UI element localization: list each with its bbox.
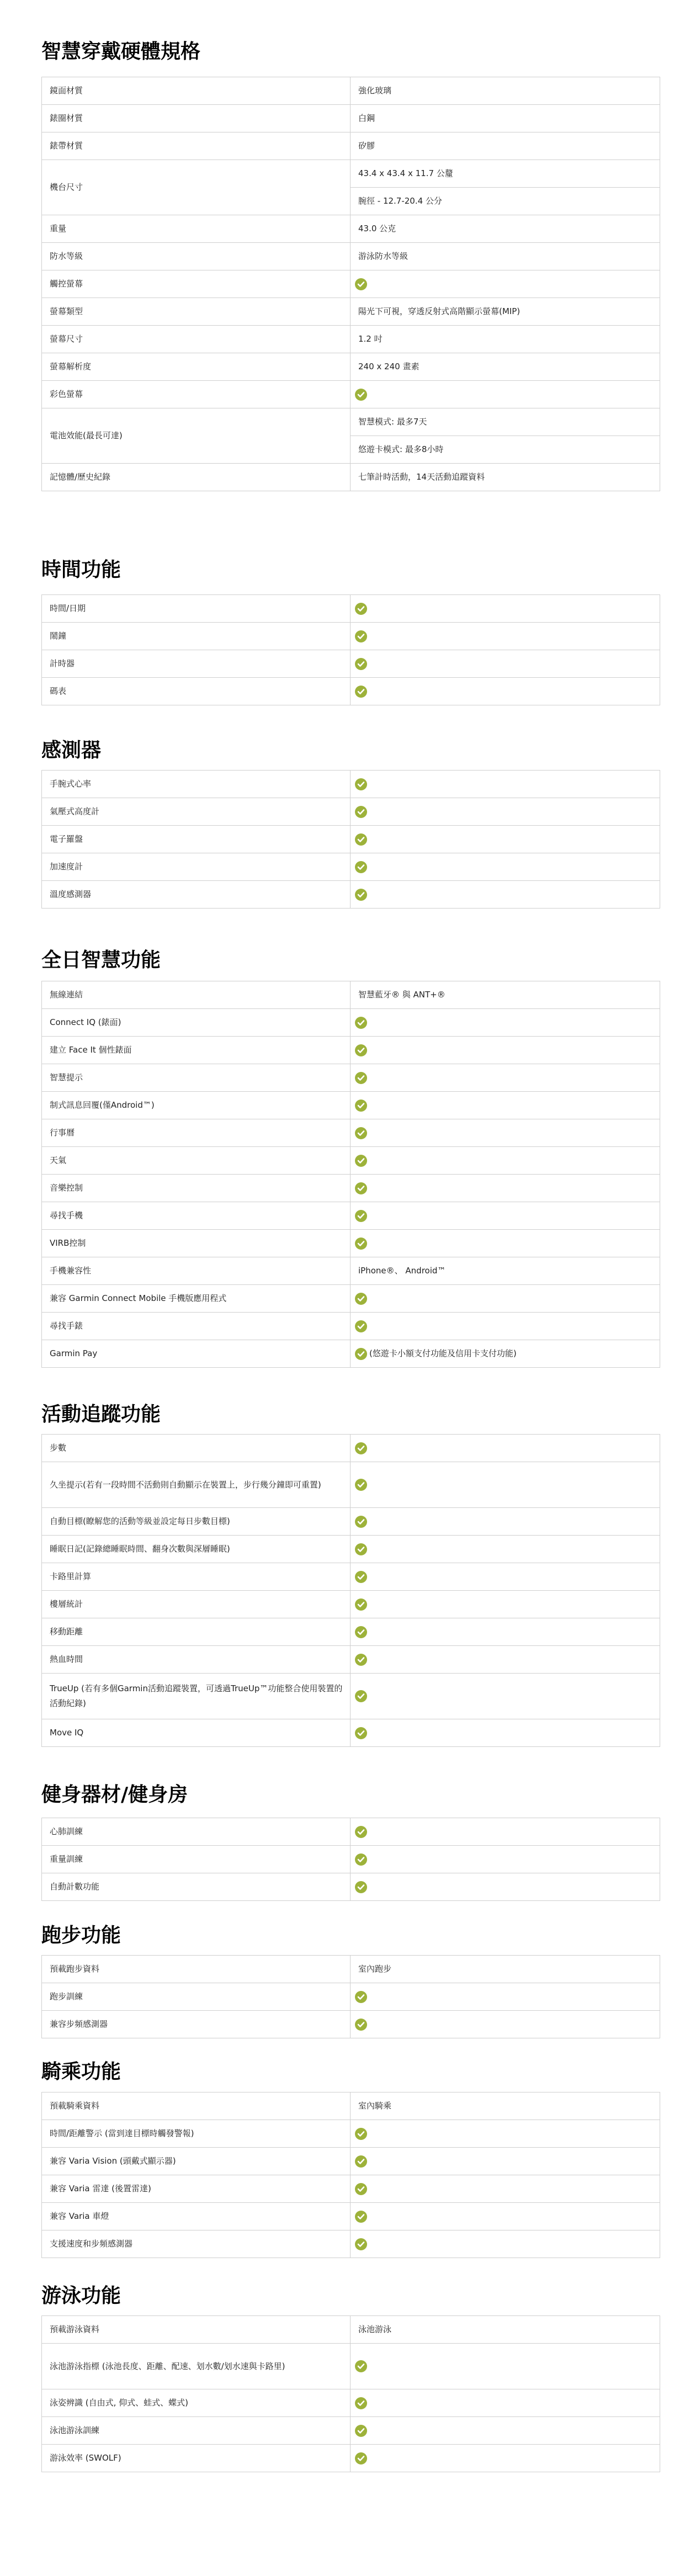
row-label: 無線連結 [42,981,351,1009]
row-label: VIRB控制 [42,1230,351,1257]
row-value: 室內騎乘 [351,2092,660,2120]
row-label: 預載跑步資料 [42,1956,351,1983]
row-value [351,2203,660,2230]
table-row: 制式訊息回覆(僅Android™) [42,1092,660,1119]
row-label: 兼容步頻感測器 [42,2011,351,2038]
table-row: 自動計數功能 [42,1873,660,1901]
row-label: 泳池游泳指標 (泳池長度、距離、配速、划水數/划水速與卡路里) [42,2344,351,2389]
row-value [351,1646,660,1674]
row-label: 自動計數功能 [42,1873,351,1901]
row-value: 強化玻璃 [351,77,660,105]
row-label: 觸控螢幕 [42,270,351,298]
row-value [351,1591,660,1618]
table-row: 手機兼容性iPhone®、 Android™ [42,1257,660,1285]
row-value [351,798,660,826]
row-label: 碼表 [42,678,351,705]
check-icon [355,2360,367,2372]
table-row: 天氣 [42,1147,660,1175]
check-icon [355,1100,367,1112]
table-row: Move IQ [42,1719,660,1747]
check-icon [355,2183,367,2195]
row-value: 陽光下可視，穿透反射式高階顯示螢幕(MIP) [351,298,660,326]
spec-table: 時間/日期 鬧鐘 計時器 碼表 [41,594,660,705]
row-label: 兼容 Varia 雷達 (後置雷達) [42,2175,351,2203]
row-value [351,650,660,678]
row-label: 螢幕尺寸 [42,326,351,353]
table-row: 錶帶材質 矽膠 [42,132,660,160]
check-icon [355,889,367,901]
row-value: 智慧模式: 最多7天 [351,408,660,436]
check-icon [355,1571,367,1583]
check-icon [355,2238,367,2250]
row-value [351,826,660,853]
check-icon [355,1516,367,1528]
row-label: 機台尺寸 [42,160,351,215]
row-label: 泳池游泳訓練 [42,2417,351,2445]
section-sensors: 感測器 手腕式心率 氣壓式高度計 電子羅盤 加速度計 溫度感測器 [41,739,660,763]
row-value [351,1285,660,1313]
row-value [351,1674,660,1719]
table-row: 游泳效率 (SWOLF) [42,2445,660,2472]
row-value [351,1313,660,1340]
row-label: 鬧鐘 [42,623,351,650]
check-icon [355,1348,367,1360]
check-icon [355,1017,367,1029]
spec-table: 預載跑步資料室內跑步 跑步訓練 兼容步頻感測器 [41,1955,660,2038]
row-label: 兼容 Varia 車燈 [42,2203,351,2230]
check-icon [355,833,367,846]
row-value [351,1462,660,1508]
garmin-pay-note: (悠遊卡小額支付功能及信用卡支付功能) [369,1348,517,1358]
row-value: 矽膠 [351,132,660,160]
table-row: 錶圈材質 白鋼 [42,105,660,132]
row-value [351,2120,660,2148]
section-title: 全日智慧功能 [41,948,660,973]
table-row: 防水等級 游泳防水等級 [42,243,660,270]
row-label: 移動距離 [42,1618,351,1646]
section-title: 時間功能 [41,558,660,582]
row-label: 預載游泳資料 [42,2316,351,2344]
section-title: 活動追蹤功能 [41,1403,660,1427]
check-icon [355,1320,367,1332]
table-row: 記憶體/歷史紀錄 七筆計時活動，14天活動追蹤資料 [42,464,660,491]
table-row: 卡路里計算 [42,1563,660,1591]
check-icon [355,1479,367,1491]
check-icon [355,806,367,818]
check-icon [355,1237,367,1250]
row-value [351,270,660,298]
table-row: 兼容步頻感測器 [42,2011,660,2038]
row-value: 白鋼 [351,105,660,132]
table-row: 電池效能(最長可達) 智慧模式: 最多7天 [42,408,660,436]
check-icon [355,1182,367,1194]
row-label: Move IQ [42,1719,351,1747]
spec-table: 預載騎乘資料室內騎乘 時間/距離警示 (當到達目標時觸發警報) 兼容 Varia… [41,2092,660,2258]
row-value [351,1873,660,1901]
row-value [351,1147,660,1175]
check-icon [355,1543,367,1555]
spec-table: 步數 久坐提示(若有一段時間不活動則自動顯示在裝置上，步行幾分鐘即可重置) 自動… [41,1434,660,1747]
row-value [351,2445,660,2472]
table-row: 氣壓式高度計 [42,798,660,826]
table-row: 螢幕尺寸 1.2 吋 [42,326,660,353]
row-value: 智慧藍牙® 與 ANT+® [351,981,660,1009]
table-row: 久坐提示(若有一段時間不活動則自動顯示在裝置上，步行幾分鐘即可重置) [42,1462,660,1508]
row-value [351,1618,660,1646]
row-label: Garmin Pay [42,1340,351,1368]
check-icon [355,1072,367,1084]
table-row: 尋找手錶 [42,1313,660,1340]
row-value [351,2148,660,2175]
row-value [351,1536,660,1563]
table-row: 時間/日期 [42,595,660,623]
row-value [351,1009,660,1037]
spec-table: 心肺訓練 重量訓練 自動計數功能 [41,1818,660,1901]
spec-table: 預載游泳資料泳池游泳 泳池游泳指標 (泳池長度、距離、配速、划水數/划水速與卡路… [41,2315,660,2472]
check-icon [355,278,367,290]
row-label: 螢幕解析度 [42,353,351,381]
row-label: 樓層統計 [42,1591,351,1618]
row-value: 游泳防水等級 [351,243,660,270]
table-row: 跑步訓練 [42,1983,660,2011]
row-label: 氣壓式高度計 [42,798,351,826]
check-icon [355,2425,367,2437]
row-label: 卡路里計算 [42,1563,351,1591]
row-label: 熱血時間 [42,1646,351,1674]
table-row: VIRB控制 [42,1230,660,1257]
row-label: 音樂控制 [42,1175,351,1202]
row-value: iPhone®、 Android™ [351,1257,660,1285]
spec-table: 鏡面材質 強化玻璃 錶圈材質 白鋼 錶帶材質 矽膠 機台尺寸 43.4 x 43… [41,77,660,491]
row-value: (悠遊卡小額支付功能及信用卡支付功能) [351,1340,660,1368]
row-label: 手腕式心率 [42,771,351,798]
check-icon [355,1127,367,1139]
table-row: 樓層統計 [42,1591,660,1618]
check-icon [355,1044,367,1056]
row-label: 尋找手錶 [42,1313,351,1340]
row-value: 43.0 公克 [351,215,660,243]
row-value [351,881,660,909]
check-icon [355,2155,367,2168]
row-label: 兼容 Varia Vision (頭戴式顯示器) [42,2148,351,2175]
row-label: 計時器 [42,650,351,678]
row-value [351,771,660,798]
row-value [351,1037,660,1064]
row-label: 兼容 Garmin Connect Mobile 手機版應用程式 [42,1285,351,1313]
row-label: 泳姿辨識 (自由式, 仰式、蛙式、蝶式) [42,2389,351,2417]
check-icon [355,1826,367,1838]
section-cycling: 騎乘功能 預載騎乘資料室內騎乘 時間/距離警示 (當到達目標時觸發警報) 兼容 … [41,2060,660,2084]
row-value: 七筆計時活動，14天活動追蹤資料 [351,464,660,491]
row-value [351,2175,660,2203]
row-label: 支援速度和步頻感測器 [42,2230,351,2258]
table-row: 步數 [42,1435,660,1462]
row-value [351,1175,660,1202]
row-value [351,853,660,881]
check-icon [355,1727,367,1739]
row-value: 泳池游泳 [351,2316,660,2344]
section-title: 游泳功能 [41,2284,660,2308]
table-row: 心肺訓練 [42,1818,660,1846]
row-label: 重量 [42,215,351,243]
row-value [351,1230,660,1257]
table-row: 觸控螢幕 [42,270,660,298]
row-value [351,1064,660,1092]
row-value [351,2344,660,2389]
check-icon [355,2019,367,2031]
row-label: 記憶體/歷史紀錄 [42,464,351,491]
section-title: 跑步功能 [41,1924,660,1948]
row-value [351,1435,660,1462]
table-row: 尋找手機 [42,1202,660,1230]
row-value [351,1092,660,1119]
row-label: 手機兼容性 [42,1257,351,1285]
section-gym: 健身器材/健身房 心肺訓練 重量訓練 自動計數功能 [41,1783,660,1807]
check-icon [355,686,367,698]
row-value [351,1202,660,1230]
table-row: 彩色螢幕 [42,381,660,408]
row-label: 錶圈材質 [42,105,351,132]
row-value [351,595,660,623]
table-row: 泳姿辨識 (自由式, 仰式、蛙式、蝶式) [42,2389,660,2417]
check-icon [355,1654,367,1666]
check-icon [355,2211,367,2223]
row-label: 制式訊息回覆(僅Android™) [42,1092,351,1119]
row-value [351,1846,660,1873]
row-label: 行事曆 [42,1119,351,1147]
table-row: Garmin Pay(悠遊卡小額支付功能及信用卡支付功能) [42,1340,660,1368]
row-value [351,1119,660,1147]
table-row: 建立 Face It 個性錶面 [42,1037,660,1064]
row-label: 錶帶材質 [42,132,351,160]
spec-table: 手腕式心率 氣壓式高度計 電子羅盤 加速度計 溫度感測器 [41,770,660,909]
table-row: Connect IQ (錶面) [42,1009,660,1037]
table-row: 智慧提示 [42,1064,660,1092]
check-icon [355,2397,367,2409]
row-label: 尋找手機 [42,1202,351,1230]
row-value [351,1818,660,1846]
check-icon [355,2128,367,2140]
check-icon [355,603,367,615]
section-title: 感測器 [41,739,660,763]
row-label: 重量訓練 [42,1846,351,1873]
row-value: 240 x 240 畫素 [351,353,660,381]
table-row: 兼容 Varia Vision (頭戴式顯示器) [42,2148,660,2175]
table-row: 計時器 [42,650,660,678]
row-value [351,2011,660,2038]
row-value: 腕徑 - 12.7-20.4 公分 [351,188,660,215]
row-label: 智慧提示 [42,1064,351,1092]
table-row: 預載騎乘資料室內騎乘 [42,2092,660,2120]
section-activity-tracking: 活動追蹤功能 步數 久坐提示(若有一段時間不活動則自動顯示在裝置上，步行幾分鐘即… [41,1403,660,1427]
row-label: 電池效能(最長可達) [42,408,351,464]
table-row: 音樂控制 [42,1175,660,1202]
row-label: 跑步訓練 [42,1983,351,2011]
section-title: 健身器材/健身房 [41,1783,660,1807]
row-value [351,381,660,408]
check-icon [355,1442,367,1454]
row-label: 時間/日期 [42,595,351,623]
table-row: 兼容 Varia 雷達 (後置雷達) [42,2175,660,2203]
check-icon [355,2452,367,2465]
row-label: 久坐提示(若有一段時間不活動則自動顯示在裝置上，步行幾分鐘即可重置) [42,1462,351,1508]
section-title: 智慧穿戴硬體規格 [41,40,660,64]
row-value [351,2389,660,2417]
table-row: 重量訓練 [42,1846,660,1873]
table-row: 泳池游泳訓練 [42,2417,660,2445]
row-label: 鏡面材質 [42,77,351,105]
check-icon [355,1598,367,1611]
row-value: 1.2 吋 [351,326,660,353]
check-icon [355,1881,367,1893]
section-smart-features: 全日智慧功能 無線連結智慧藍牙® 與 ANT+® Connect IQ (錶面)… [41,948,660,973]
row-label: 彩色螢幕 [42,381,351,408]
row-label: 螢幕類型 [42,298,351,326]
table-row: 兼容 Garmin Connect Mobile 手機版應用程式 [42,1285,660,1313]
check-icon [355,1991,367,2003]
row-value [351,1983,660,2011]
spec-table: 無線連結智慧藍牙® 與 ANT+® Connect IQ (錶面) 建立 Fac… [41,981,660,1368]
table-row: 支援速度和步頻感測器 [42,2230,660,2258]
row-label: 建立 Face It 個性錶面 [42,1037,351,1064]
row-label: 游泳效率 (SWOLF) [42,2445,351,2472]
table-row: 移動距離 [42,1618,660,1646]
table-row: 睡眠日記(記錄總睡眠時間、翻身次數與深層睡眠) [42,1536,660,1563]
row-label: 溫度感測器 [42,881,351,909]
row-label: 防水等級 [42,243,351,270]
row-label: TrueUp (若有多個Garmin活動追蹤裝置，可透過TrueUp™功能整合使… [42,1674,351,1719]
row-value [351,678,660,705]
table-row: 機台尺寸 43.4 x 43.4 x 11.7 公釐 [42,160,660,188]
check-icon [355,1293,367,1305]
table-row: TrueUp (若有多個Garmin活動追蹤裝置，可透過TrueUp™功能整合使… [42,1674,660,1719]
table-row: 螢幕解析度 240 x 240 畫素 [42,353,660,381]
row-label: 天氣 [42,1147,351,1175]
table-row: 泳池游泳指標 (泳池長度、距離、配速、划水數/划水速與卡路里) [42,2344,660,2389]
table-row: 鬧鐘 [42,623,660,650]
table-row: 行事曆 [42,1119,660,1147]
row-value [351,2417,660,2445]
check-icon [355,1853,367,1866]
table-row: 自動目標(瞭解您的活動等級並設定每日步數目標) [42,1508,660,1536]
table-row: 重量 43.0 公克 [42,215,660,243]
table-row: 碼表 [42,678,660,705]
row-value [351,1563,660,1591]
table-row: 溫度感測器 [42,881,660,909]
table-row: 預載跑步資料室內跑步 [42,1956,660,1983]
row-value [351,1719,660,1747]
table-row: 電子羅盤 [42,826,660,853]
table-row: 無線連結智慧藍牙® 與 ANT+® [42,981,660,1009]
row-label: Connect IQ (錶面) [42,1009,351,1037]
table-row: 螢幕類型 陽光下可視，穿透反射式高階顯示螢幕(MIP) [42,298,660,326]
row-value: 室內跑步 [351,1956,660,1983]
check-icon [355,630,367,642]
row-value [351,2230,660,2258]
check-icon [355,658,367,670]
row-label: 時間/距離警示 (當到達目標時觸發警報) [42,2120,351,2148]
section-swimming: 游泳功能 預載游泳資料泳池游泳 泳池游泳指標 (泳池長度、距離、配速、划水數/划… [41,2284,660,2308]
row-label: 自動目標(瞭解您的活動等級並設定每日步數目標) [42,1508,351,1536]
row-value [351,623,660,650]
table-row: 手腕式心率 [42,771,660,798]
row-label: 步數 [42,1435,351,1462]
row-label: 睡眠日記(記錄總睡眠時間、翻身次數與深層睡眠) [42,1536,351,1563]
table-row: 時間/距離警示 (當到達目標時觸發警報) [42,2120,660,2148]
check-icon [355,389,367,401]
table-row: 鏡面材質 強化玻璃 [42,77,660,105]
table-row: 加速度計 [42,853,660,881]
row-label: 加速度計 [42,853,351,881]
check-icon [355,1690,367,1702]
row-label: 心肺訓練 [42,1818,351,1846]
row-value: 悠遊卡模式: 最多8小時 [351,436,660,464]
section-time-features: 時間功能 時間/日期 鬧鐘 計時器 碼表 [41,558,660,582]
section-hardware-specs: 智慧穿戴硬體規格 鏡面材質 強化玻璃 錶圈材質 白鋼 錶帶材質 矽膠 機台尺寸 … [41,40,660,64]
check-icon [355,1155,367,1167]
row-value [351,1508,660,1536]
check-icon [355,1626,367,1638]
section-title: 騎乘功能 [41,2060,660,2084]
table-row: 熱血時間 [42,1646,660,1674]
check-icon [355,861,367,873]
row-label: 預載騎乘資料 [42,2092,351,2120]
section-running: 跑步功能 預載跑步資料室內跑步 跑步訓練 兼容步頻感測器 [41,1924,660,1948]
table-row: 預載游泳資料泳池游泳 [42,2316,660,2344]
row-value: 43.4 x 43.4 x 11.7 公釐 [351,160,660,188]
check-icon [355,1210,367,1222]
row-label: 電子羅盤 [42,826,351,853]
table-row: 兼容 Varia 車燈 [42,2203,660,2230]
check-icon [355,778,367,790]
